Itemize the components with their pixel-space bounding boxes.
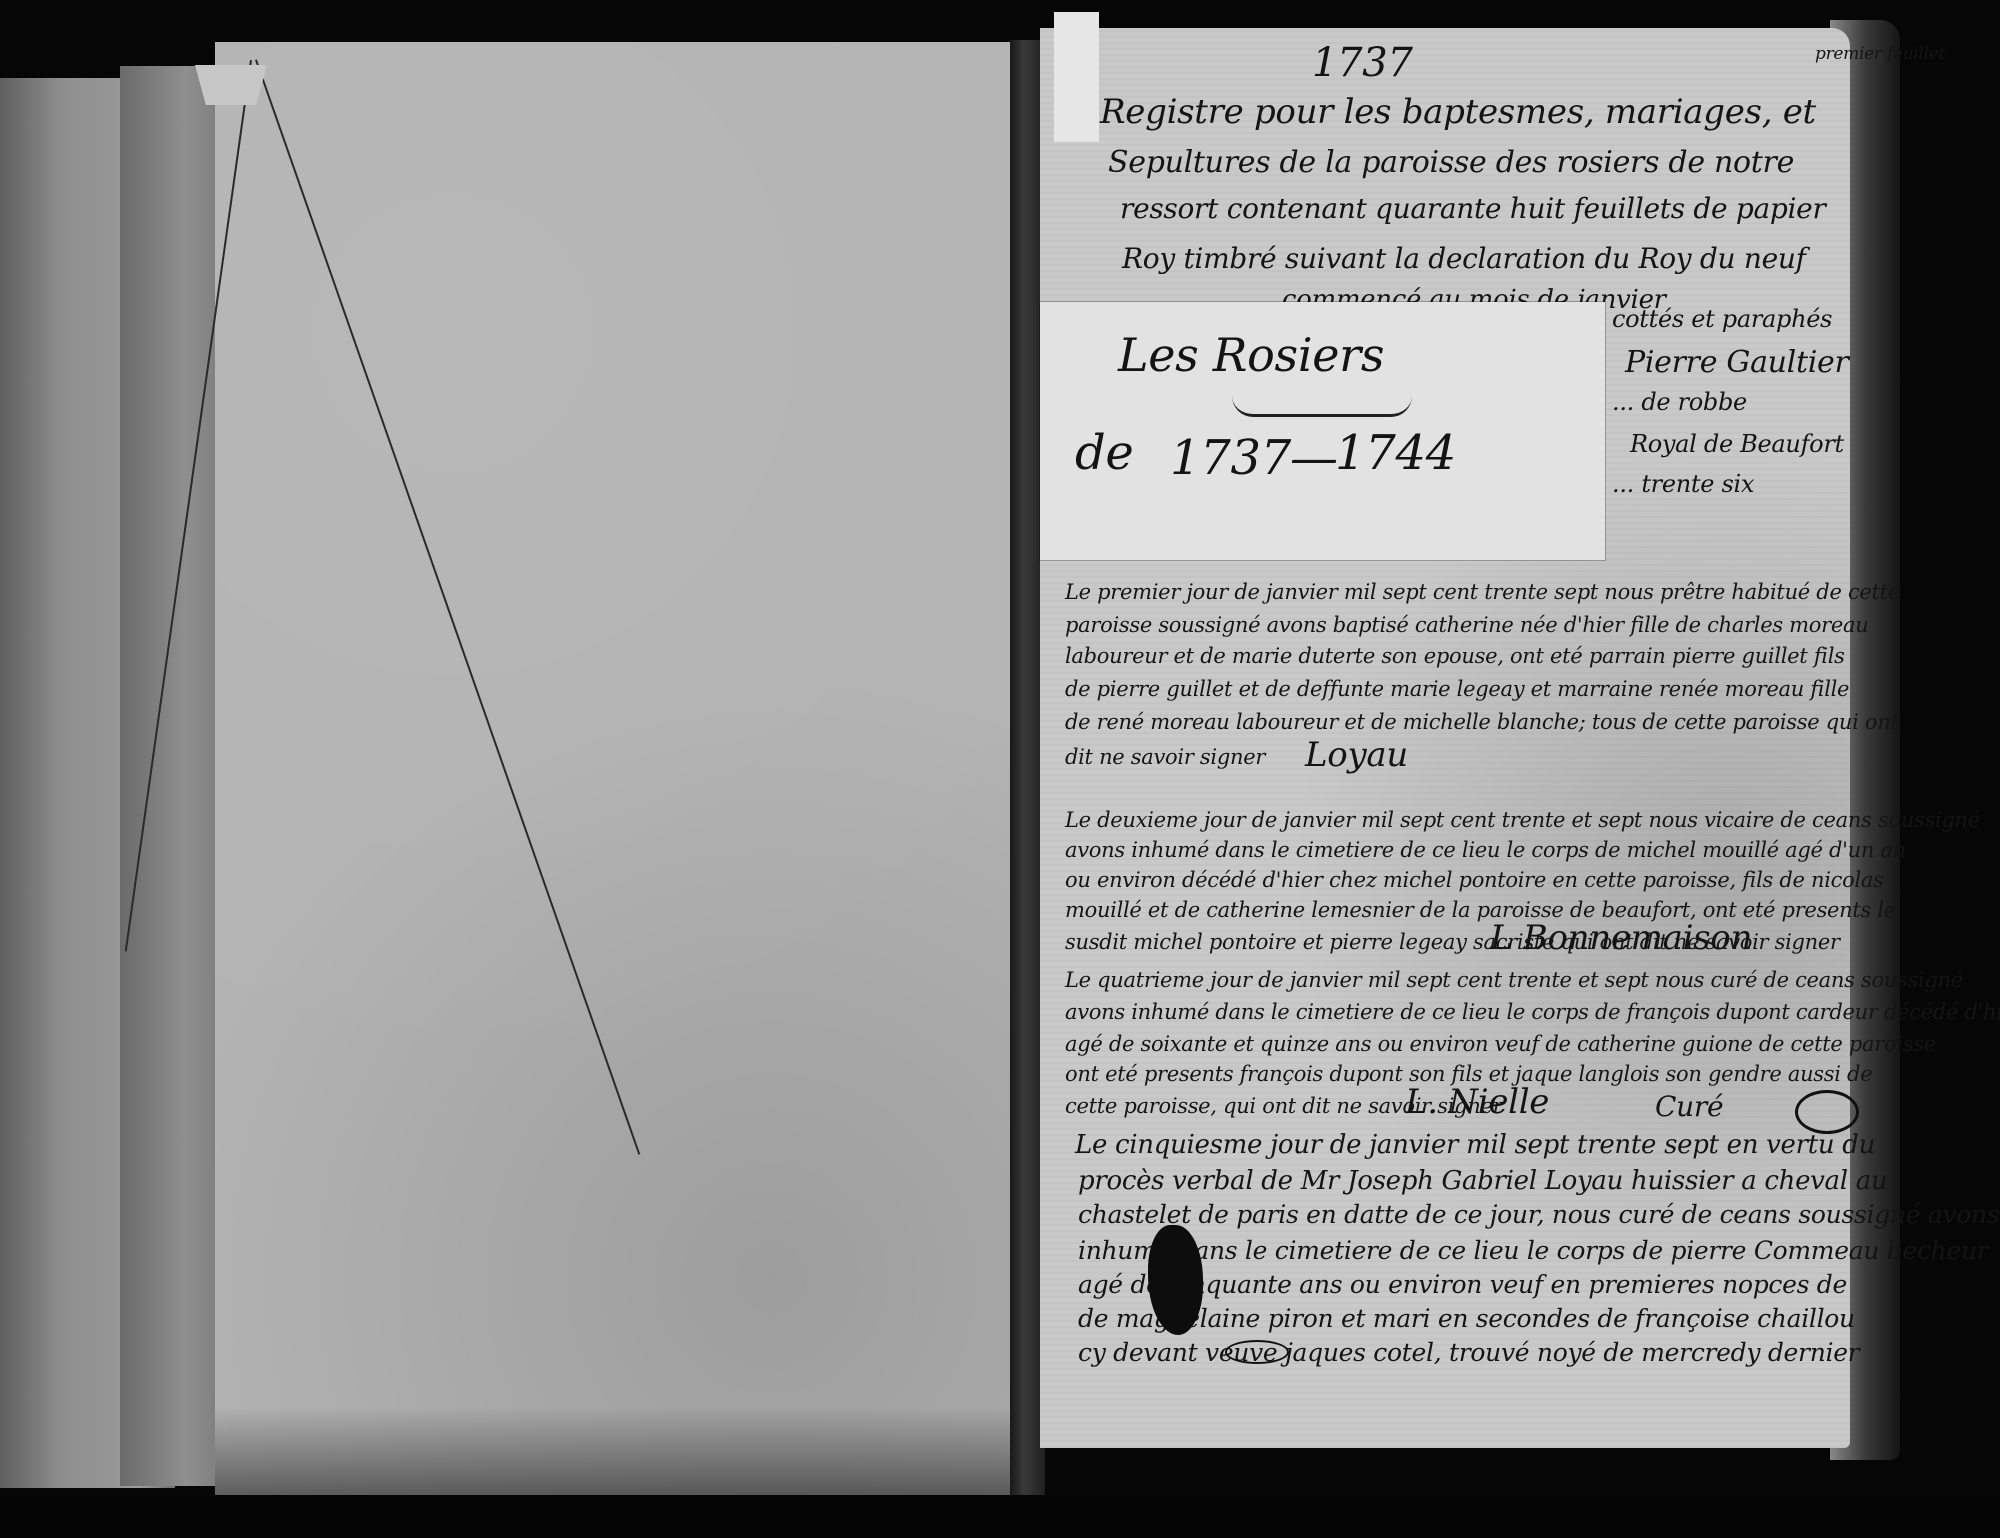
entry-line: avons inhumé dans le cimetiere de ce lie…: [1065, 1000, 2000, 1024]
entry-line: procès verbal de Mr Joseph Gabriel Loyau…: [1078, 1166, 1887, 1196]
entry-line: mouillé et de catherine lemesnier de la …: [1065, 898, 1896, 922]
page-bottom-shadow: [215, 1407, 1010, 1497]
label-prefix: de: [1075, 425, 1134, 481]
entry-line: de rené moreau laboureur et de michelle …: [1065, 710, 1899, 734]
signature-loyau: Loyau: [1305, 735, 1408, 775]
margin-fragment: Pierre Gaultier: [1625, 345, 1849, 380]
diagonal-fold-line: [255, 59, 640, 1154]
left-page-blank: [215, 42, 1014, 1497]
label-year-end: 1744: [1335, 425, 1456, 481]
entry-line: cy devant veuve jaques cotel, trouvé noy…: [1078, 1338, 1859, 1367]
title-line: Roy timbré suivant la declaration du Roy…: [1122, 242, 1806, 275]
folded-corner: [195, 65, 267, 105]
title-line: Sepultures de la paroisse des rosiers de…: [1108, 145, 1794, 180]
entry-line: Le quatrieme jour de janvier mil sept ce…: [1065, 968, 1963, 992]
signature-bonnemaison: L Bonnemaison: [1490, 918, 1752, 958]
entry-line: chastelet de paris en datte de ce jour, …: [1078, 1200, 1999, 1229]
entry-line: Le deuxieme jour de janvier mil sept cen…: [1065, 808, 1980, 832]
paper-strip: [1054, 12, 1099, 142]
entry-line: paroisse soussigné avons baptisé catheri…: [1065, 613, 1868, 637]
margin-fragment: ... trente six: [1612, 470, 1754, 498]
entry-line: agé de soixante et quinze ans ou environ…: [1065, 1032, 1936, 1056]
label-year-start: 1737: [1170, 430, 1291, 486]
scan-bottom-edge: [0, 1495, 2000, 1538]
entry-line: de pierre guillet et de deffunte marie l…: [1065, 677, 1849, 701]
signature-title-cure: Curé: [1655, 1090, 1723, 1123]
margin-fragment: ... de robbe: [1612, 388, 1747, 416]
paraphe-icon: [1225, 1340, 1289, 1364]
label-flourish: [1232, 396, 1412, 417]
entry-line: dit ne savoir signer: [1065, 745, 1265, 769]
entry-line: avons inhumé dans le cimetiere de ce lie…: [1065, 838, 1906, 862]
entry-line: laboureur et de marie duterte son epouse…: [1065, 644, 1845, 668]
entry-line: Le cinquiesme jour de janvier mil sept t…: [1075, 1130, 1875, 1160]
title-line: ressort contenant quarante huit feuillet…: [1120, 192, 1826, 225]
margin-fragment: Royal de Beaufort: [1630, 430, 1844, 458]
header-year: 1737: [1312, 40, 1413, 86]
entry-line: inhumé dans le cimetiere de ce lieu le c…: [1078, 1236, 1988, 1265]
label-dash: —: [1290, 430, 1338, 486]
entry-line: ou environ décédé d'hier chez michel pon…: [1065, 868, 1884, 892]
margin-fragment: cottés et paraphés: [1612, 305, 1832, 333]
signature-nielle: L. Nielle: [1405, 1082, 1549, 1122]
title-line: Registre pour les baptesmes, mariages, e…: [1100, 92, 1816, 132]
folio-note: premier feuillet: [1815, 44, 1945, 64]
paraph-mark-icon: [1795, 1090, 1859, 1134]
label-title: Les Rosiers: [1118, 328, 1384, 382]
entry-line: Le premier jour de janvier mil sept cent…: [1065, 580, 1900, 604]
